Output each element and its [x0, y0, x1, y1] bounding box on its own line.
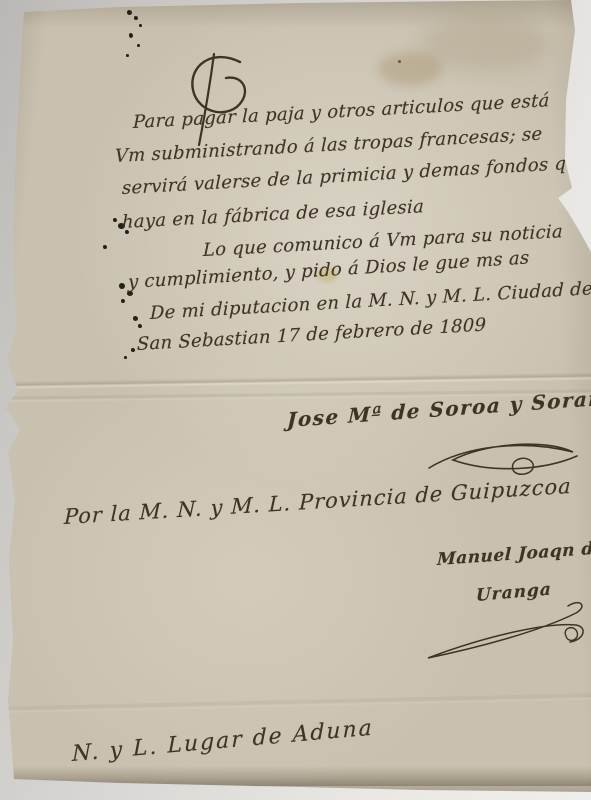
- ink-speck: [137, 44, 140, 47]
- ink-speck: [127, 10, 132, 15]
- ink-speck: [139, 24, 142, 27]
- secondary-signature-line1: Manuel Joaqn de: [437, 538, 591, 570]
- primary-signature: Jose Mª de Soroa y Sorais: [287, 385, 591, 432]
- ink-speck: [113, 218, 117, 222]
- paper-stain: [420, 16, 550, 72]
- manuscript-paper: Para pagar la paja y otros articulos que…: [0, 0, 591, 800]
- secondary-signature-line2: Uranga: [476, 579, 552, 606]
- ink-speck: [126, 54, 129, 57]
- manuscript-line: haya en la fábrica de esa iglesia: [122, 196, 424, 233]
- fold-crease: [0, 693, 591, 713]
- photo-background: Para pagar la paja y otros articulos que…: [0, 0, 591, 800]
- ink-speck: [121, 299, 125, 303]
- paper-stain: [378, 52, 442, 86]
- fold-crease: [0, 372, 591, 389]
- ink-speck: [103, 245, 107, 249]
- ink-speck: [138, 324, 142, 328]
- address-line: N. y L. Lugar de Aduna: [72, 716, 374, 767]
- ink-speck: [398, 60, 401, 63]
- attribution-line: Por la M. N. y M. L. Provincia de Guipuz…: [64, 474, 572, 529]
- ink-speck: [129, 33, 133, 38]
- secondary-signature-rubric: [418, 596, 590, 666]
- ink-speck: [124, 356, 127, 359]
- ink-speck: [133, 316, 138, 321]
- opening-flourish: [178, 48, 263, 148]
- paper-bottom-edge-shadow: [0, 766, 591, 786]
- ink-speck: [134, 16, 138, 20]
- ink-speck: [131, 348, 135, 352]
- ink-speck: [119, 283, 125, 289]
